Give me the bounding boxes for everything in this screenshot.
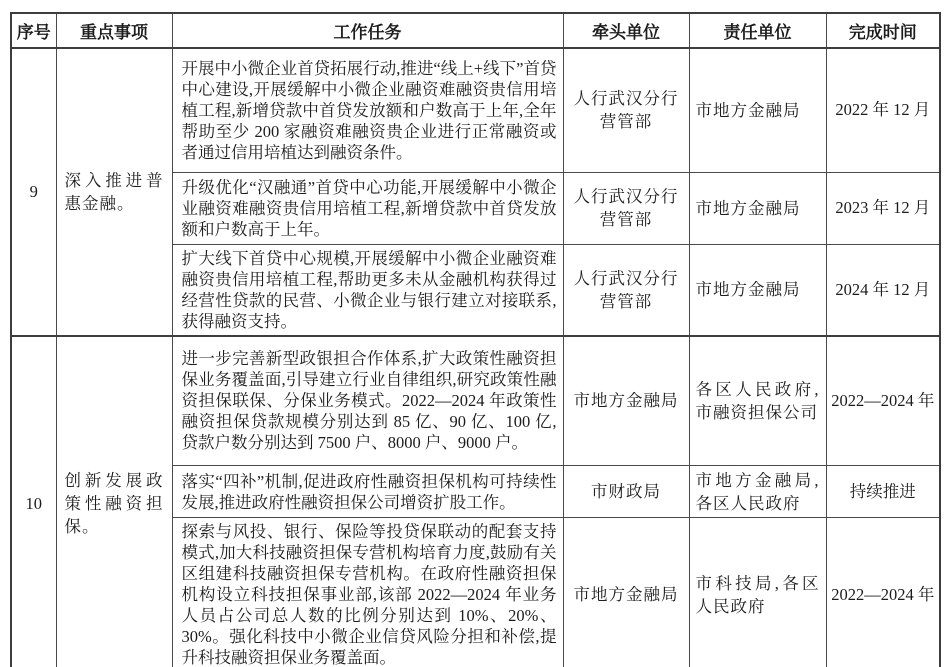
deadline-cell: 2023 年 12 月 bbox=[826, 172, 940, 244]
responsible-unit-cell: 市地方金融局 bbox=[689, 48, 826, 172]
col-header-task: 工作任务 bbox=[172, 13, 563, 48]
lead-unit-cell: 人行武汉分行营管部 bbox=[563, 48, 689, 172]
col-header-deadline: 完成时间 bbox=[826, 13, 940, 48]
lead-unit-cell: 市地方金融局 bbox=[563, 518, 689, 667]
lead-unit-cell: 市地方金融局 bbox=[563, 336, 689, 466]
lead-unit-cell: 市财政局 bbox=[563, 466, 689, 518]
group-index-9: 9 bbox=[11, 48, 56, 336]
table-row: 9 深入推进普惠金融。 开展中小微企业首贷拓展行动,推进“线上+线下”首贷中心建… bbox=[11, 48, 940, 172]
group-index-10: 10 bbox=[11, 336, 56, 667]
deadline-cell: 持续推进 bbox=[826, 466, 940, 518]
task-cell: 扩大线下首贷中心规模,开展缓解中小微企业融资难融资贵信用培植工程,帮助更多未从金… bbox=[172, 244, 563, 336]
document-page: 序号 重点事项 工作任务 牵头单位 责任单位 完成时间 9 深入推进普惠金融。 … bbox=[0, 0, 950, 667]
task-cell: 开展中小微企业首贷拓展行动,推进“线上+线下”首贷中心建设,开展缓解中小微企业融… bbox=[172, 48, 563, 172]
group-matter-9: 深入推进普惠金融。 bbox=[56, 48, 172, 336]
task-cell: 落实“四补”机制,促进政府性融资担保机构可持续性发展,推进政府性融资担保公司增资… bbox=[172, 466, 563, 518]
task-cell: 升级优化“汉融通”首贷中心功能,开展缓解中小微企业融资难融资贵信用培植工程,新增… bbox=[172, 172, 563, 244]
lead-unit-cell: 人行武汉分行营管部 bbox=[563, 244, 689, 336]
deadline-cell: 2022 年 12 月 bbox=[826, 48, 940, 172]
col-header-matter: 重点事项 bbox=[56, 13, 172, 48]
responsible-unit-cell: 市地方金融局 bbox=[689, 172, 826, 244]
task-cell: 探索与风投、银行、保险等投贷保联动的配套支持模式,加大科技融资担保专营机构培育力… bbox=[172, 518, 563, 667]
group-matter-10: 创新发展政策性融资担保。 bbox=[56, 336, 172, 667]
col-header-index: 序号 bbox=[11, 13, 56, 48]
task-cell: 进一步完善新型政银担合作体系,扩大政策性融资担保业务覆盖面,引导建立行业自律组织… bbox=[172, 336, 563, 466]
header-row: 序号 重点事项 工作任务 牵头单位 责任单位 完成时间 bbox=[11, 13, 940, 48]
table-row: 10 创新发展政策性融资担保。 进一步完善新型政银担合作体系,扩大政策性融资担保… bbox=[11, 336, 940, 466]
deadline-cell: 2024 年 12 月 bbox=[826, 244, 940, 336]
deadline-cell: 2022—2024 年 bbox=[826, 336, 940, 466]
col-header-lead-unit: 牵头单位 bbox=[563, 13, 689, 48]
responsible-unit-cell: 市地方金融局,各区人民政府 bbox=[689, 466, 826, 518]
responsible-unit-cell: 各区人民政府,市融资担保公司 bbox=[689, 336, 826, 466]
lead-unit-cell: 人行武汉分行营管部 bbox=[563, 172, 689, 244]
responsible-unit-cell: 市科技局,各区人民政府 bbox=[689, 518, 826, 667]
work-plan-table: 序号 重点事项 工作任务 牵头单位 责任单位 完成时间 9 深入推进普惠金融。 … bbox=[10, 12, 941, 667]
col-header-responsible-unit: 责任单位 bbox=[689, 13, 826, 48]
deadline-cell: 2022—2024 年 bbox=[826, 518, 940, 667]
responsible-unit-cell: 市地方金融局 bbox=[689, 244, 826, 336]
